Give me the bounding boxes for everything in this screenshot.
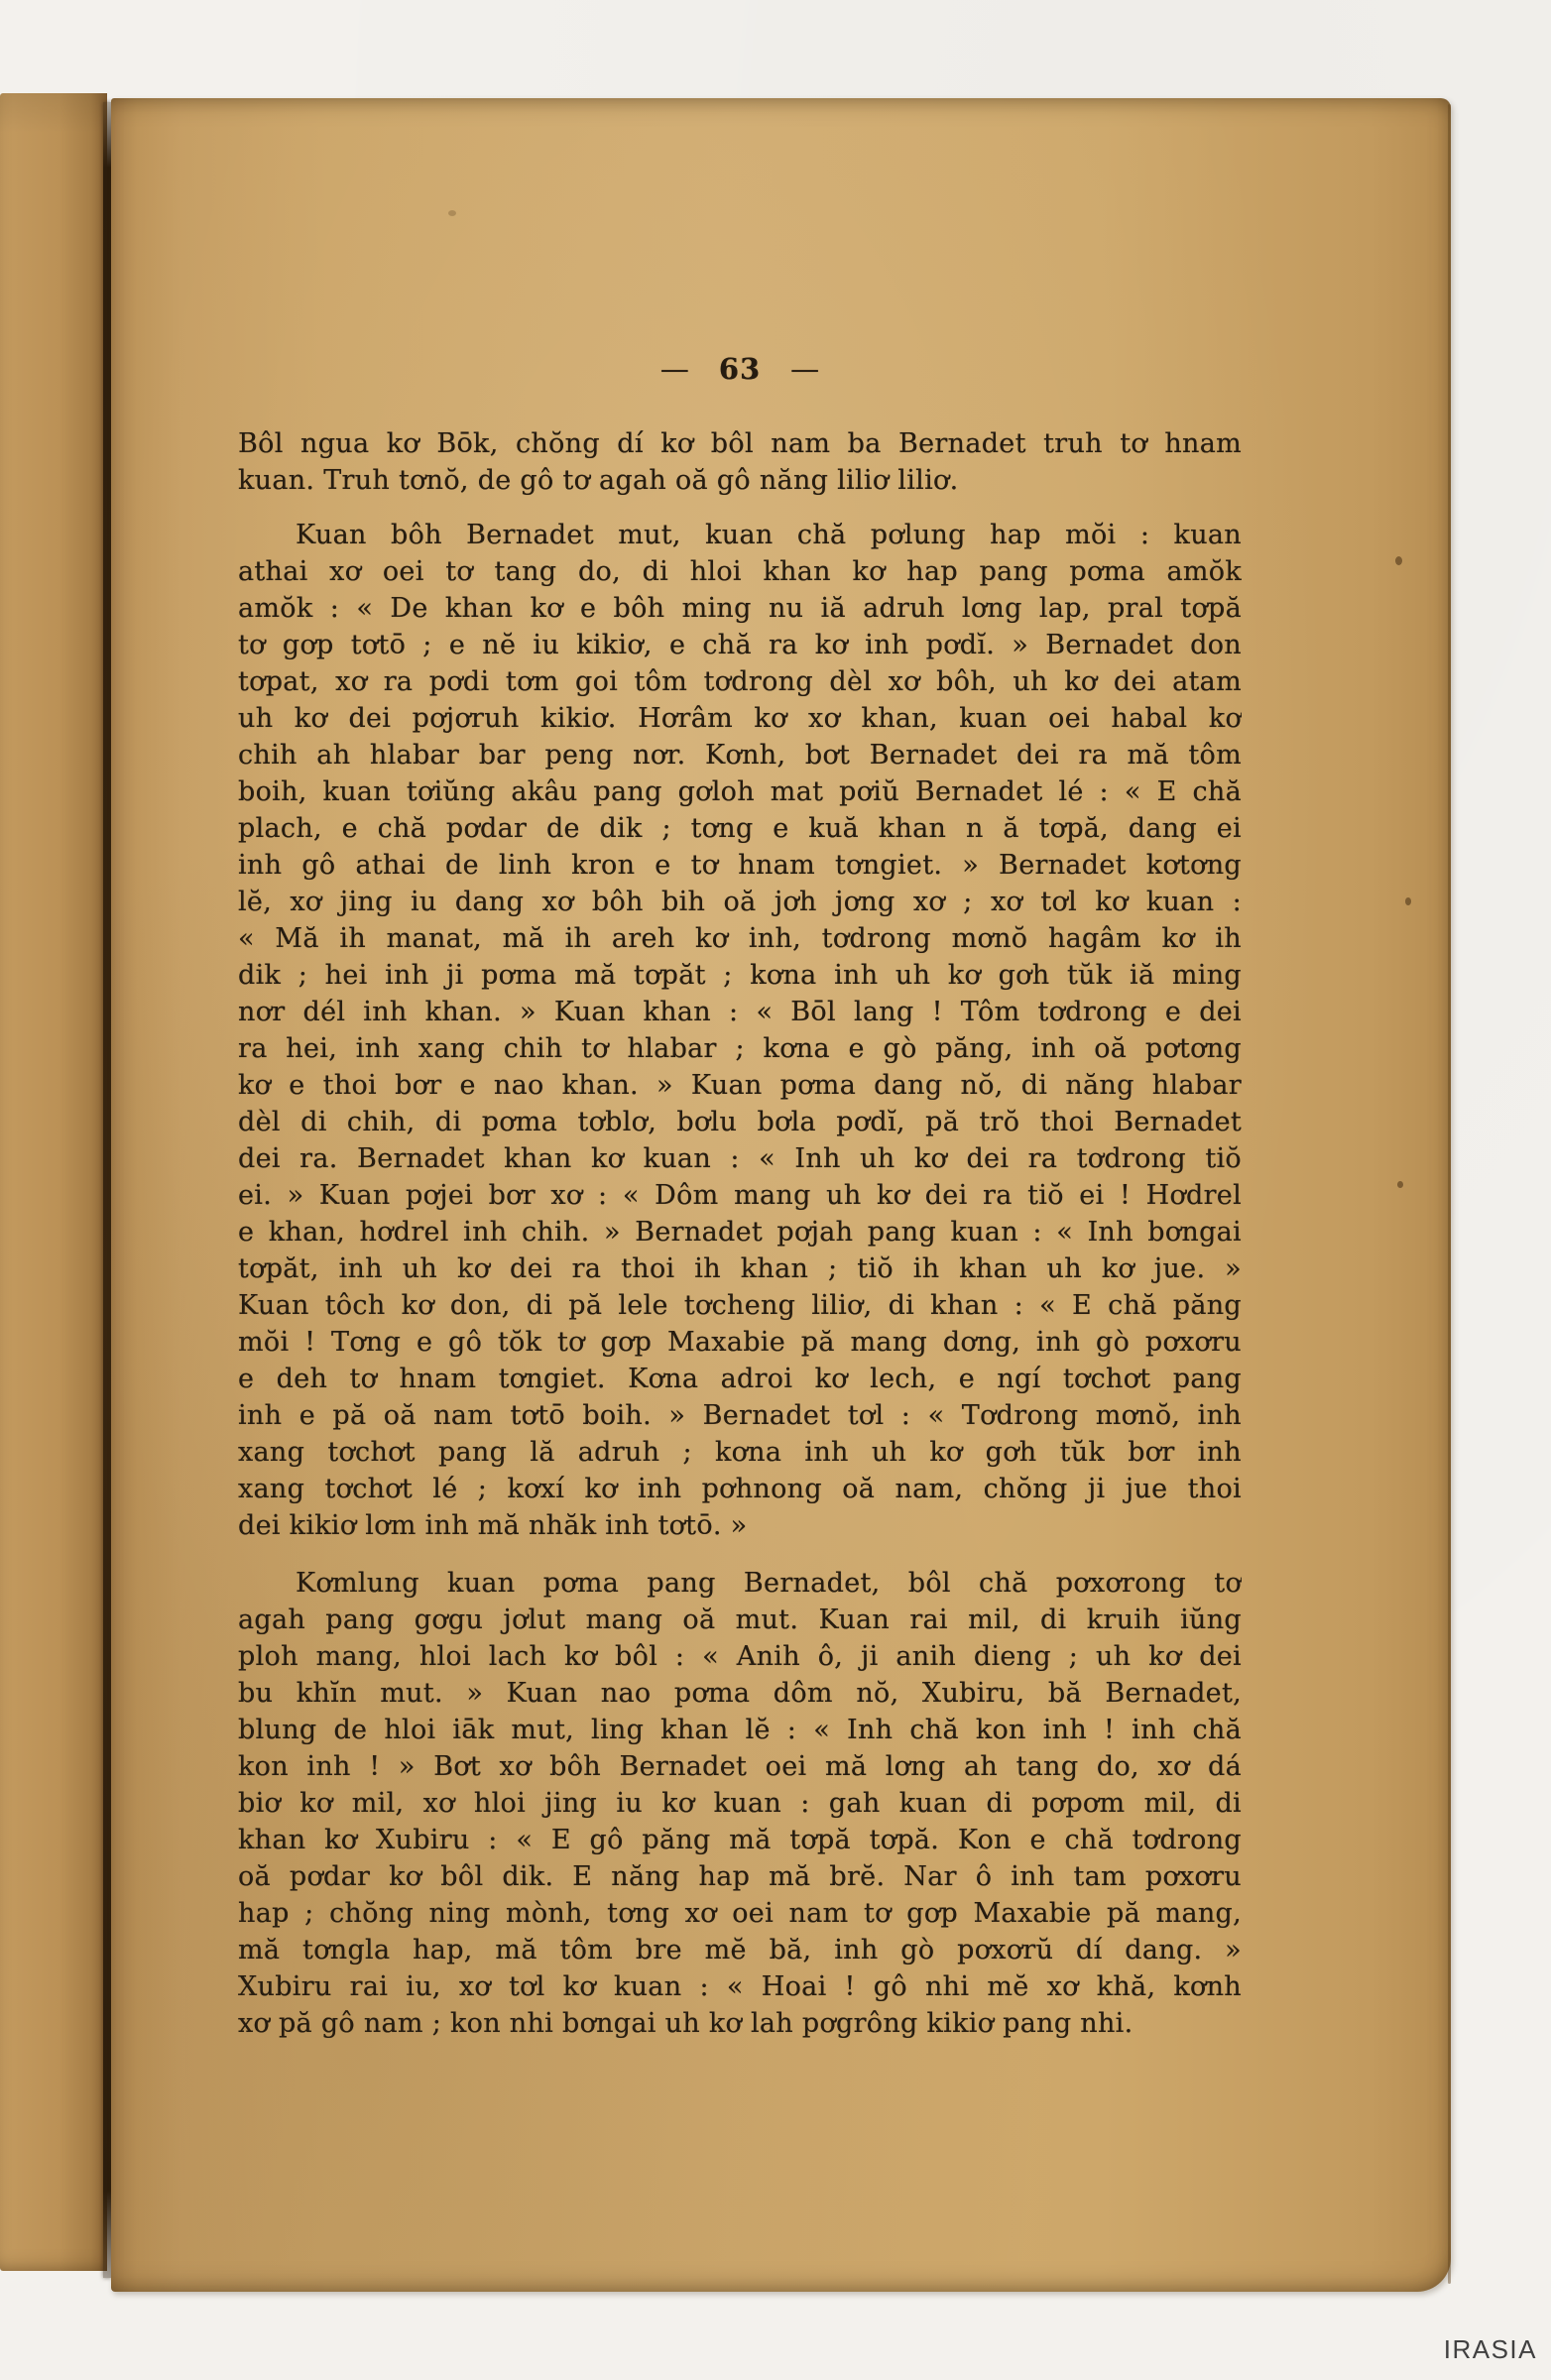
text-line: inh e pă oă nam tơtō boih. » Bernadet tơ… [238,1397,1242,1434]
paragraph: Bôl ngua kơ Bōk, chŏng dí kơ bôl nam ba … [238,425,1242,499]
text-line: agah pang gơgu jơlut mang oă mut. Kuan r… [238,1602,1242,1638]
text-line: xang tơchơt lé ; kơxí kơ inh pơhnong oă … [238,1471,1242,1507]
text-line: xang tơchơt pang lă adruh ; kơna inh uh … [238,1434,1242,1471]
text-line: Kơmlung kuan pơma pang Bernadet, bôl chă… [238,1565,1242,1602]
text-line: dei ra. Bernadet khan kơ kuan : « Inh uh… [238,1140,1242,1177]
text-line: boih, kuan tơiŭng akâu pang gơloh mat pơ… [238,773,1242,810]
text-line: khan kơ Xubiru : « E gô păng mă tơpă tơp… [238,1822,1242,1858]
text-line: blung de hloi iāk mut, ling khan lĕ : « … [238,1712,1242,1748]
text-line: dei kikiơ lơm inh mă nhăk inh tơtō. » [238,1507,1242,1544]
text-line: Kuan tôch kơ don, di pă lele tơcheng lil… [238,1287,1242,1324]
paper-speck [1405,897,1411,905]
underlying-page-edge [0,93,107,2271]
book-gutter-shadow [103,102,111,2278]
text-line: oă pơdar kơ bôl dik. E năng hap mă brĕ. … [238,1858,1242,1895]
text-line: ra hei, inh xang chih tơ hlabar ; kơna e… [238,1030,1242,1067]
text-line: hap ; chŏng ning mònh, tơng xơ oei nam t… [238,1895,1242,1932]
text-line: plach, e chă pơdar de dik ; tơng e kuă k… [238,810,1242,847]
text-line: uh kơ dei pơjơruh kikiơ. Hơrâm kơ xơ kha… [238,700,1242,737]
text-line: bu khĭn mut. » Kuan nao pơma dôm nŏ, Xub… [238,1675,1242,1712]
paper-speck [448,210,456,216]
page-number-header: — 63 — [238,348,1242,390]
text-line: mŏi ! Tơng e gô tŏk tơ gơp Maxabie pă ma… [238,1324,1242,1361]
text-line: inh gô athai de linh kron e tơ hnam tơng… [238,847,1242,884]
text-line: kuan. Truh tơnŏ, de gô tơ agah oă gô năn… [238,462,1242,499]
irasia-watermark: IRASIA [1444,2334,1537,2365]
text-line: e deh tơ hnam tơngiet. Kơna adroi kơ lec… [238,1361,1242,1397]
text-line: biơ kơ mil, xơ hloi jing iu kơ kuan : ga… [238,1785,1242,1822]
text-line: mă tơngla hap, mă tôm bre mĕ bă, inh gò … [238,1932,1242,1968]
header-dash-right: — [790,352,819,386]
page-number: 63 [719,352,761,386]
text-line: Kuan bôh Bernadet mut, kuan chă pơlung h… [238,517,1242,553]
text-line: kon inh ! » Bơt xơ bôh Bernadet oei mă l… [238,1748,1242,1785]
text-line: ploh mang, hloi lach kơ bôl : « Anih ô, … [238,1638,1242,1675]
book-page: — 63 — Bôl ngua kơ Bōk, chŏng dí kơ bôl … [111,98,1451,2292]
paper-speck [1397,1181,1403,1188]
text-block: Bôl ngua kơ Bōk, chŏng dí kơ bôl nam ba … [238,425,1242,2042]
text-line: tơpat, xơ ra pơdi tơm goi tôm tơdrong dè… [238,663,1242,700]
paragraph: Kơmlung kuan pơma pang Bernadet, bôl chă… [238,1565,1242,2042]
text-line: ei. » Kuan pơjei bơr xơ : « Dôm mang uh … [238,1177,1242,1214]
header-dash-left: — [660,352,689,386]
text-line: kơ e thoi bơr e nao khan. » Kuan pơma da… [238,1067,1242,1104]
text-line: Bôl ngua kơ Bōk, chŏng dí kơ bôl nam ba … [238,425,1242,462]
text-line: xơ pă gô nam ; kon nhi bơngai uh kơ lah … [238,2005,1242,2042]
paragraph: Kuan bôh Bernadet mut, kuan chă pơlung h… [238,517,1242,1544]
text-line: tơpăt, inh uh kơ dei ra thoi ih khan ; t… [238,1250,1242,1287]
scanned-book-page: — 63 — Bôl ngua kơ Bōk, chŏng dí kơ bôl … [0,0,1551,2380]
text-line: « Mă ih manat, mă ih areh kơ inh, tơdron… [238,920,1242,957]
paper-speck [1395,556,1402,565]
text-line: athai xơ oei tơ tang do, di hloi khan kơ… [238,553,1242,590]
text-line: chih ah hlabar bar peng nơr. Kơnh, bơt B… [238,737,1242,773]
text-line: tơ gơp tơtō ; e nĕ iu kikiơ, e chă ra kơ… [238,627,1242,663]
text-line: nơr dél inh khan. » Kuan khan : « Bōl la… [238,994,1242,1030]
text-line: amŏk : « De khan kơ e bôh ming nu iă adr… [238,590,1242,627]
text-line: Xubiru rai iu, xơ tơl kơ kuan : « Hoai !… [238,1968,1242,2005]
text-line: e khan, hơdrel inh chih. » Bernadet pơja… [238,1214,1242,1250]
text-line: lĕ, xơ jing iu dang xơ bôh bih oă jơh jơ… [238,884,1242,920]
text-line: dik ; hei inh ji pơma mă tơpăt ; kơna in… [238,957,1242,994]
text-line: dèl di chih, di pơma tơblơ, bơlu bơla pơ… [238,1104,1242,1140]
